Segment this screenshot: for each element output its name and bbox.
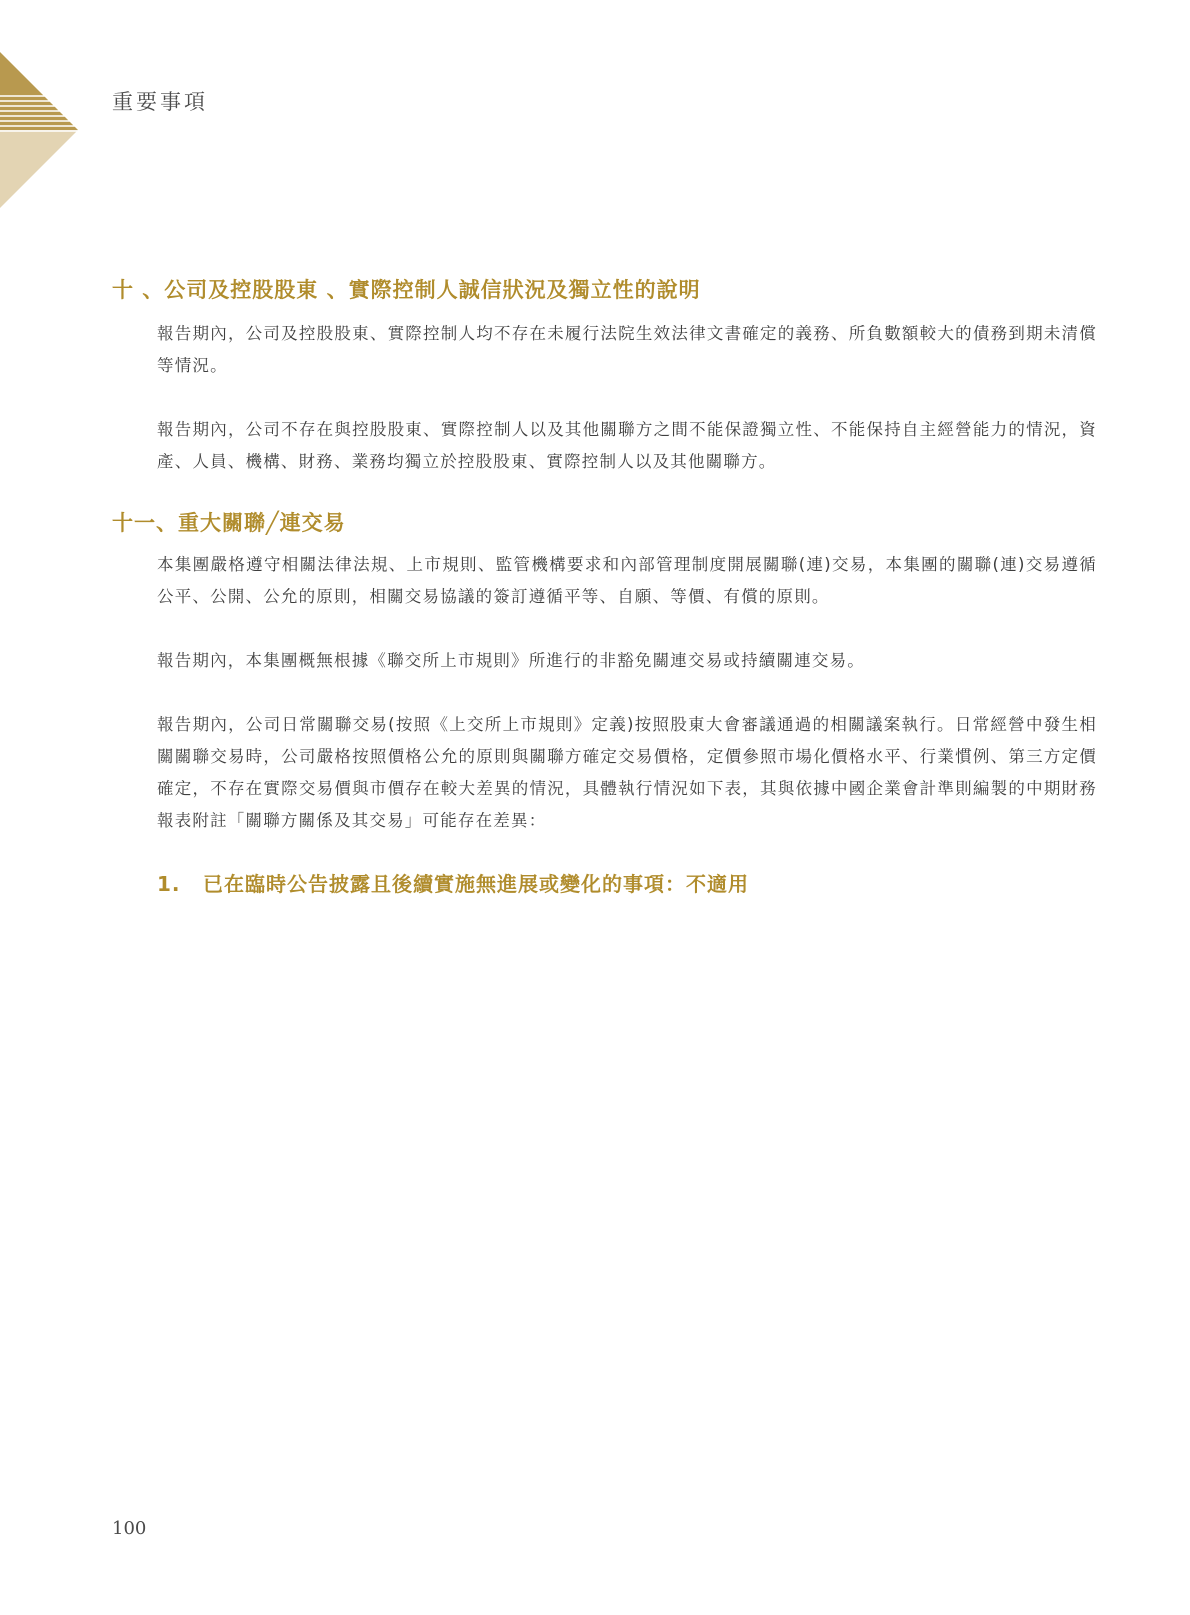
page-number: 100	[112, 1518, 146, 1539]
section-heading-related-transactions: 十一、重大關聯╱連交易	[112, 507, 346, 537]
paragraph-independence: 報告期內，公司不存在與控股股東、實際控制人以及其他關聯方之間不能保證獨立性、不能…	[157, 414, 1097, 478]
subsection-heading-1: 1.已在臨時公告披露且後續實施無進展或變化的事項：不適用	[157, 868, 749, 897]
paragraph-integrity: 報告期內，公司及控股股東、實際控制人均不存在未履行法院生效法律文書確定的義務、所…	[157, 318, 1097, 382]
paragraph-daily-related-transactions: 報告期內，公司日常關聯交易(按照《上交所上市規則》定義)按照股東大會審議通過的相…	[157, 709, 1097, 837]
paragraph-hkex-connected: 報告期內，本集團概無根據《聯交所上市規則》所進行的非豁免關連交易或持續關連交易。	[157, 645, 1097, 677]
corner-triangle-decoration	[0, 48, 80, 210]
paragraph-compliance: 本集團嚴格遵守相關法律法規、上市規則、監管機構要求和內部管理制度開展關聯(連)交…	[157, 549, 1097, 613]
subsection-number: 1.	[157, 872, 203, 896]
running-header-title: 重要事項	[112, 86, 208, 116]
section-heading-integrity-independence: 十 、公司及控股股東 、實際控制人誠信狀況及獨立性的說明	[112, 274, 701, 304]
subsection-title: 已在臨時公告披露且後續實施無進展或變化的事項：不適用	[203, 872, 749, 896]
